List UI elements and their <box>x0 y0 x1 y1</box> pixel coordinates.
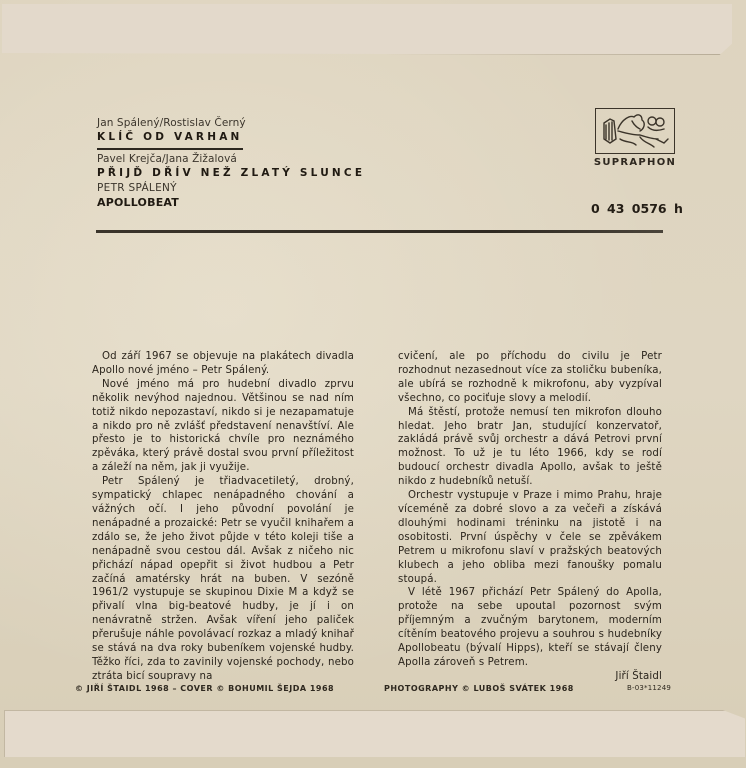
supraphon-lion-logo-icon <box>595 108 675 154</box>
photography-credit: PHOTOGRAPHY © LUBOŠ SVÁTEK 1968 <box>384 684 574 693</box>
author-signature: Jiří Štaidl <box>398 670 662 684</box>
sleeve-top-flap <box>2 4 732 55</box>
copyright-credits: © JIŘÍ ŠTAIDL 1968 – COVER © BOHUMIL ŠEJ… <box>75 684 334 693</box>
paragraph: Od září 1967 se objevuje na plakátech di… <box>92 350 354 378</box>
catalog-number: 0 43 0576 h <box>591 201 683 216</box>
track-2-title: PŘIJĎ DŘÍV NEŽ ZLATÝ SLUNCE <box>97 166 365 181</box>
label-name: SUPRAPHON <box>592 157 678 168</box>
print-code: B-03*11249 <box>627 684 671 692</box>
track-1-authors: Jan Spálený/Rostislav Černý <box>97 117 365 130</box>
track-1-title: KLÍČ OD VARHAN <box>97 130 365 145</box>
band-name: APOLLOBEAT <box>97 196 365 210</box>
track-credits: Jan Spálený/Rostislav Černý KLÍČ OD VARH… <box>97 117 365 210</box>
paragraph: Orchestr vystupuje v Praze i mimo Prahu,… <box>398 489 662 586</box>
paragraph: Má štěstí, protože nemusí ten mikrofon d… <box>398 406 662 489</box>
liner-notes-left-column: Od září 1967 se objevuje na plakátech di… <box>92 350 354 684</box>
paragraph: cvičení, ale po příchodu do civilu je Pe… <box>398 350 662 406</box>
artist-name: PETR SPÁLENÝ <box>97 181 365 196</box>
track-2-authors: Pavel Krejča/Jana Žižalová <box>97 153 365 166</box>
liner-notes-right-column: cvičení, ale po příchodu do civilu je Pe… <box>398 350 662 684</box>
paragraph: Petr Spálený je třiadvacetiletý, drobný,… <box>92 475 354 684</box>
paragraph: Nové jméno má pro hudební divadlo zprvu … <box>92 378 354 475</box>
paragraph: V létě 1967 přichází Petr Spálený do Apo… <box>398 586 662 669</box>
sleeve-bottom-flap <box>4 710 745 757</box>
header-divider <box>96 230 663 233</box>
title-divider <box>97 148 243 150</box>
